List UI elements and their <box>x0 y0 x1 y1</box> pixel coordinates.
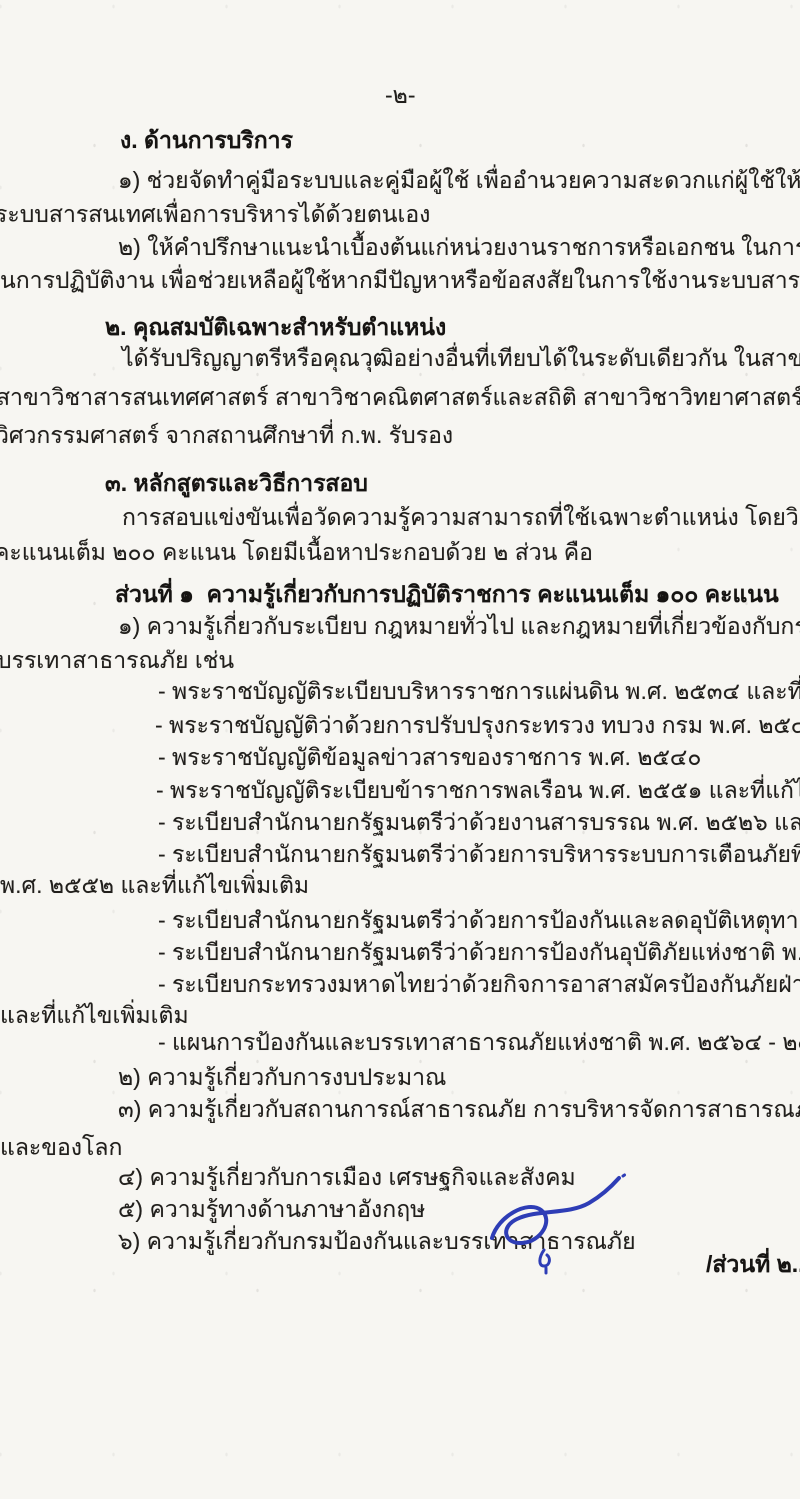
paragraph-line: ๓) ความรู้เกี่ยวกับสถานการณ์สาธารณภัย กา… <box>118 1094 800 1124</box>
signature-flourish <box>540 1250 550 1273</box>
continuation-line: คะแนนเต็ม ๒๐๐ คะแนน โดยมีเนื้อหาประกอบด้… <box>0 537 593 567</box>
sub-heading: ง. ด้านการบริการ <box>120 125 293 155</box>
signature-ink <box>478 1170 640 1278</box>
section-heading: ๓. หลักสูตรและวิธีการสอบ <box>105 468 368 498</box>
continuation-line: นการปฏิบัติงาน เพื่อช่วยเหลือผู้ใช้หากมี… <box>0 265 800 295</box>
continuation-line: บรรเทาสาธารณภัย เช่น <box>0 645 234 675</box>
list-item: - แผนการป้องกันและบรรเทาสาธารณภัยแห่งชาต… <box>158 1027 800 1057</box>
list-item: - ระเบียบกระทรวงมหาดไทยว่าด้วยกิจการอาสา… <box>158 969 800 999</box>
paragraph-line: การสอบแข่งขันเพื่อวัดความรู้ความสามารถที… <box>122 502 800 532</box>
list-item: - ระเบียบสำนักนายกรัฐมนตรีว่าด้วยการบริห… <box>158 839 800 869</box>
list-item: - พระราชบัญญัติระเบียบข้าราชการพลเรือน พ… <box>156 775 800 805</box>
continuation-line: สาขาวิชาสารสนเทศศาสตร์ สาขาวิชาคณิตศาสตร… <box>0 382 800 412</box>
paragraph-line: ๒) ความรู้เกี่ยวกับการงบประมาณ <box>118 1062 446 1092</box>
continuation-line: วิศวกรรมศาสตร์ จากสถานศึกษาที่ ก.พ. รับร… <box>0 420 453 450</box>
paragraph-line: ๒) ให้คำปรึกษาแนะนำเบื้องต้นแก่หน่วยงานร… <box>118 232 800 262</box>
paragraph-line: ๑) ช่วยจัดทำคู่มือระบบและคู่มือผู้ใช้ เพ… <box>118 165 800 195</box>
part-heading: ส่วนที่ ๑ ความรู้เกี่ยวกับการปฏิบัติราชก… <box>115 579 779 609</box>
scanned-document-page: -๒-ง. ด้านการบริการ๑) ช่วยจัดทำคู่มือระบ… <box>0 0 800 1499</box>
list-item: - ระเบียบสำนักนายกรัฐมนตรีว่าด้วยการป้อง… <box>158 937 800 967</box>
signature-main-stroke <box>492 1178 619 1243</box>
paragraph-line: ๕) ความรู้ทางด้านภาษาอังกฤษ <box>118 1194 425 1224</box>
list-item: - พระราชบัญญัติว่าด้วยการปรับปรุงกระทรวง… <box>155 710 800 740</box>
section-heading: ๒. คุณสมบัติเฉพาะสำหรับตำแหน่ง <box>105 312 446 342</box>
continuation-line: ระบบสารสนเทศเพื่อการบริหารได้ด้วยตนเอง <box>0 199 430 229</box>
paragraph-line: ได้รับปริญญาตรีหรือคุณวุฒิอย่างอื่นที่เท… <box>122 343 800 373</box>
continuation-line: และที่แก้ไขเพิ่มเติม <box>0 1000 189 1030</box>
continuation-line: และของโลก <box>0 1132 122 1162</box>
signature-dot <box>623 1175 625 1176</box>
paragraph-line: ๑) ความรู้เกี่ยวกับระเบียบ กฎหมายทั่วไป … <box>118 611 800 641</box>
page-number: -๒- <box>385 80 415 110</box>
footer-continuation-mark: /ส่วนที่ ๒... <box>706 1249 800 1279</box>
continuation-line: พ.ศ. ๒๕๕๒ และที่แก้ไขเพิ่มเติม <box>0 870 309 900</box>
list-item: - พระราชบัญญัติข้อมูลข่าวสารของราชการ พ.… <box>158 742 701 772</box>
list-item: - ระเบียบสำนักนายกรัฐมนตรีว่าด้วยการป้อง… <box>158 905 800 935</box>
list-item: - พระราชบัญญัติระเบียบบริหารราชการแผ่นดิ… <box>158 676 800 706</box>
list-item: - ระเบียบสำนักนายกรัฐมนตรีว่าด้วยงานสารบ… <box>158 807 800 837</box>
